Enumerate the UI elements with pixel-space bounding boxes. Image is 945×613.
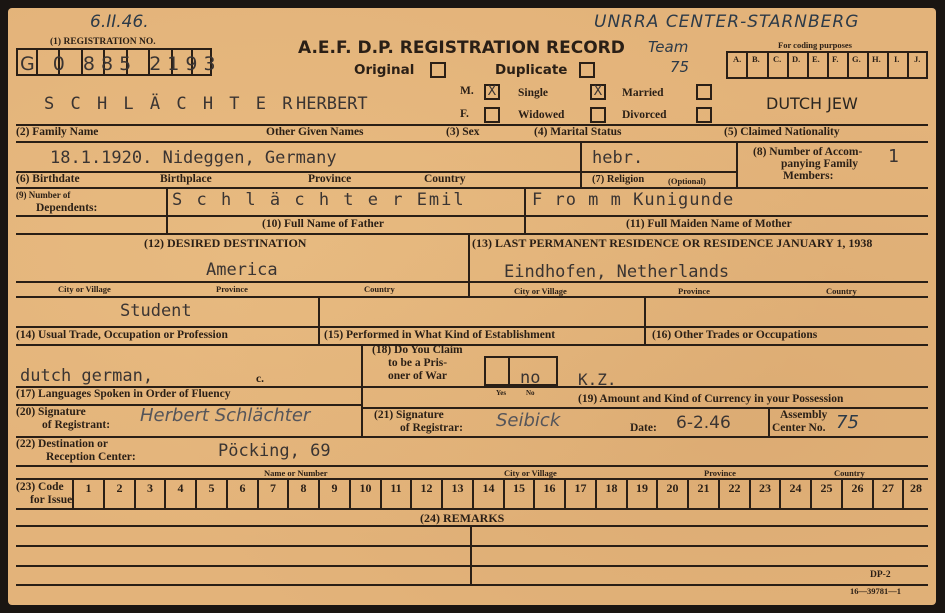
dependents-label-2: Dependents: [36, 203, 97, 215]
original-checkbox[interactable] [430, 62, 446, 78]
assembly-label: Assembly [780, 410, 827, 422]
issue-code-label: (23) Code [16, 482, 64, 494]
reception-label: (22) Destination or [16, 439, 108, 451]
marital-status-label: (4) Marital Status [534, 127, 622, 139]
accompanying-label-3: Members: [783, 171, 833, 183]
issue-cell[interactable]: 1 [72, 478, 103, 508]
pow-yes-box[interactable] [484, 356, 510, 386]
handwritten-team-no: 75 [670, 60, 689, 75]
occupation-value: Student [120, 303, 192, 320]
assembly-label-2: Center No. [772, 423, 825, 435]
issue-cell[interactable]: 18 [595, 478, 626, 508]
issue-cell[interactable]: 14 [472, 478, 503, 508]
issue-cell[interactable]: 8 [287, 478, 318, 508]
establishment-label: (15) Performed in What Kind of Establish… [324, 330, 555, 342]
father-name-value: S c h l ä c h t e r Emil [172, 192, 466, 209]
pow-no-label: No [526, 390, 535, 397]
nationality-value: DUTCH JEW [766, 96, 858, 112]
form-title: A.E.F. D.P. REGISTRATION RECORD [298, 38, 625, 58]
coding-label: For coding purposes [778, 41, 852, 50]
single-checkbox[interactable]: X [590, 84, 606, 100]
registrant-signature-label: (20) Signature [16, 407, 86, 419]
father-label: (10) Full Name of Father [262, 219, 384, 231]
married-label: Married [622, 88, 664, 100]
issue-cell[interactable]: 21 [687, 478, 718, 508]
pow-label-2: to be a Pris- [388, 358, 447, 370]
residence-label: (13) LAST PERMANENT RESIDENCE OR RESIDEN… [472, 237, 872, 249]
birthdate-label: (6) Birthdate [16, 174, 80, 186]
handwritten-team: Team [648, 40, 688, 55]
divorced-checkbox[interactable] [696, 107, 712, 123]
languages-value: dutch german, [20, 368, 153, 385]
registration-number-field[interactable]: G 0 885 2193 [16, 48, 214, 76]
registrar-signature-label: (21) Signature [374, 410, 444, 422]
issue-cell[interactable]: 26 [841, 478, 872, 508]
reception-country-label: Country [834, 469, 865, 478]
family-name-value: S C H L Ä C H T E R [44, 96, 295, 113]
family-name-label: (2) Family Name [16, 127, 98, 139]
reception-city-label: City or Village [504, 469, 557, 478]
mother-name-value: F ro m m Kunigunde [532, 192, 734, 209]
registration-label: (1) REGISTRATION NO. [50, 38, 156, 48]
religion-label: (7) Religion [592, 175, 644, 186]
religion-value: hebr. [592, 150, 643, 167]
issue-cell[interactable]: 3 [134, 478, 164, 508]
religion-optional: (Optional) [668, 177, 706, 186]
issue-cell[interactable]: 10 [349, 478, 380, 508]
registrant-signature[interactable]: Herbert Schlächter [140, 407, 310, 425]
birthplace-label: Birthplace [160, 174, 212, 186]
issue-cell[interactable]: 23 [749, 478, 779, 508]
sex-label: (3) Sex [446, 127, 480, 139]
accompanying-value: 1 [888, 148, 899, 166]
widowed-checkbox[interactable] [590, 107, 606, 123]
issue-cell[interactable]: 25 [810, 478, 841, 508]
handwritten-center: UNRRA CENTER-STARNBERG [594, 14, 859, 31]
remarks-line[interactable] [16, 567, 928, 585]
birth-country-label: Country [424, 174, 466, 186]
residence-province-label: Province [678, 287, 710, 296]
destination-value: America [206, 262, 278, 279]
single-label: Single [518, 88, 548, 100]
registration-number: G 0 885 2193 [20, 55, 222, 74]
languages-extra: c. [256, 374, 264, 386]
destination-country-label: Country [364, 285, 395, 294]
mother-label: (11) Full Maiden Name of Mother [626, 219, 792, 231]
accompanying-label: (8) Number of Accom- [753, 147, 862, 159]
residence-city-label: City or Village [514, 287, 567, 296]
issue-cell[interactable]: 20 [656, 478, 687, 508]
issue-cell[interactable]: 22 [718, 478, 749, 508]
pow-label: (18) Do You Claim [372, 345, 463, 357]
issue-cell[interactable]: 7 [257, 478, 287, 508]
sex-male-label: M. [460, 86, 474, 98]
dependents-label: (9) Number of [16, 191, 70, 200]
remarks-line[interactable] [16, 547, 928, 565]
duplicate-checkbox[interactable] [579, 62, 595, 78]
reception-value: Pöcking, 69 [218, 443, 331, 460]
given-names-value: HERBERT [296, 96, 368, 113]
pow-no-value: no [520, 370, 540, 387]
registrar-signature-label-2: of Registrar: [400, 423, 463, 435]
reception-name-label: Name or Number [264, 469, 328, 478]
pow-yes-label: Yes [496, 390, 506, 397]
duplicate-label: Duplicate [495, 62, 567, 78]
residence-value: Eindhofen, Netherlands [504, 264, 729, 281]
issue-cell[interactable]: 9 [318, 478, 349, 508]
registration-card: 6.II.46. (1) REGISTRATION NO. G 0 885 21… [8, 8, 936, 605]
issue-cell[interactable]: 16 [533, 478, 564, 508]
issue-cell[interactable]: 13 [441, 478, 472, 508]
issue-cell[interactable]: 24 [779, 478, 810, 508]
remarks-label: (24) REMARKS [420, 512, 504, 524]
other-trades-label: (16) Other Trades or Occupations [652, 330, 817, 342]
original-label: Original [354, 62, 414, 78]
issue-cell[interactable]: 15 [503, 478, 533, 508]
registrar-signature[interactable]: Seibick [496, 412, 560, 430]
issue-cell[interactable]: 6 [226, 478, 257, 508]
handwritten-date: 6.II.46. [90, 14, 149, 31]
languages-label: (17) Languages Spoken in Order of Fluenc… [16, 389, 230, 401]
issue-cell[interactable]: 12 [410, 478, 441, 508]
birth-province-label: Province [308, 174, 351, 186]
currency-label: (19) Amount and Kind of Currency in your… [578, 394, 843, 406]
sex-male-checkbox[interactable]: X [484, 84, 500, 100]
accompanying-label-2: panying Family [781, 159, 858, 171]
destination-city-label: City or Village [58, 285, 111, 294]
reception-label-2: Reception Center: [46, 452, 136, 464]
destination-label: (12) DESIRED DESTINATION [144, 237, 306, 249]
registrar-date-label: Date: [630, 423, 657, 435]
issue-cell[interactable]: 17 [564, 478, 595, 508]
assembly-center-value: 75 [836, 414, 859, 432]
married-checkbox[interactable] [696, 84, 712, 100]
print-code: 16—39781—1 [850, 587, 901, 596]
occupation-label: (14) Usual Trade, Occupation or Professi… [16, 330, 228, 342]
issue-cell[interactable]: 27 [872, 478, 902, 508]
issue-cell[interactable]: 11 [380, 478, 410, 508]
issue-cell[interactable]: 2 [103, 478, 134, 508]
issue-cell[interactable]: 4 [164, 478, 195, 508]
residence-country-label: Country [826, 287, 857, 296]
sex-female-label: F. [460, 109, 469, 121]
issue-code-label-2: for Issue [30, 495, 72, 507]
given-names-label: Other Given Names [266, 127, 364, 139]
remarks-line[interactable] [16, 527, 928, 545]
sex-female-checkbox[interactable] [484, 107, 500, 123]
registrant-signature-label-2: of Registrant: [42, 420, 110, 432]
reception-province-label: Province [704, 469, 736, 478]
registrar-date-value: 6-2.46 [676, 413, 731, 433]
issue-cell[interactable]: 19 [626, 478, 656, 508]
form-code: DP-2 [870, 571, 891, 581]
issue-cell[interactable]: 5 [195, 478, 226, 508]
pow-label-3: oner of War [388, 371, 447, 383]
destination-province-label: Province [216, 285, 248, 294]
birth-value: 18.1.1920. Nideggen, Germany [50, 150, 337, 167]
nationality-label: (5) Claimed Nationality [724, 127, 840, 139]
divorced-label: Divorced [622, 110, 667, 122]
issue-cell[interactable]: 28 [902, 478, 928, 508]
widowed-label: Widowed [518, 110, 564, 122]
